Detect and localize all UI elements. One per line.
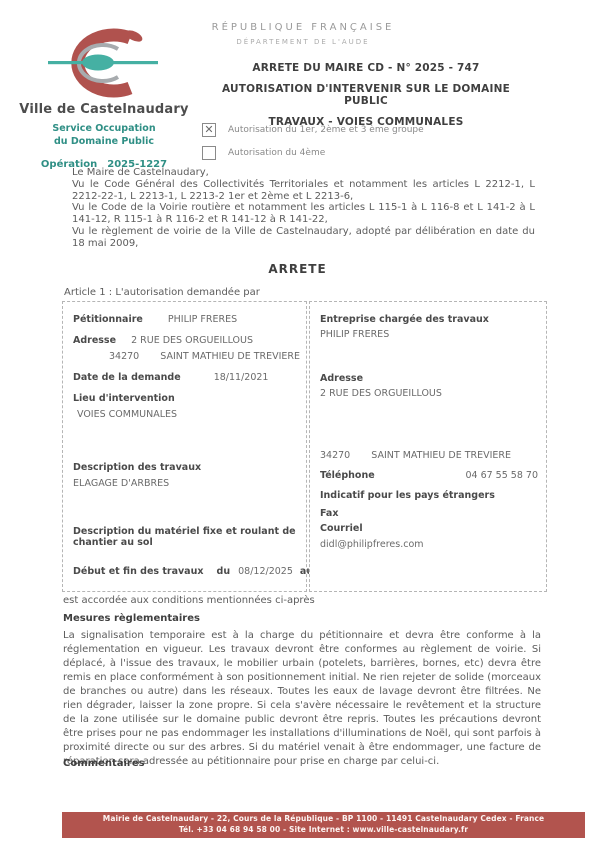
intl-label: Indicatif pour les pays étrangers <box>320 490 495 501</box>
location-label: Lieu d'intervention <box>73 393 175 404</box>
preamble-line-2: Vu le Code Général des Collectivités Ter… <box>72 179 535 203</box>
request-date-value: 18/11/2021 <box>214 372 269 383</box>
company-label: Entreprise chargée des travaux <box>320 314 489 325</box>
petitioner-name: PHILIP FRERES <box>168 314 237 325</box>
email-label-row: Courriel <box>320 523 538 534</box>
email-label: Courriel <box>320 523 363 534</box>
company-address-label: Adresse <box>320 373 363 384</box>
location-value-row: VOIES COMMUNALES <box>77 409 298 420</box>
email-value-row: didl@philipfreres.com <box>320 539 538 550</box>
petitioner-address-city-row: 34270 SAINT MATHIEU DE TREVIERE <box>109 351 298 362</box>
request-date-label: Date de la demande <box>73 372 181 383</box>
granted-conditions-text: est accordée aux conditions mentionnées … <box>63 595 315 606</box>
works-label: Description des travaux <box>73 462 201 473</box>
republique-francaise: RÉPUBLIQUE FRANÇAISE <box>203 22 403 33</box>
company-address-line1: 2 RUE DES ORGUEILLOUS <box>320 388 442 399</box>
fax-row: Fax <box>320 508 538 519</box>
preamble-line-1: Le Maire de Castelnaudary, <box>72 167 535 179</box>
works-value: ELAGAGE D'ARBRES <box>73 478 169 489</box>
checkbox-label-group4: Autorisation du 4ème <box>228 148 325 158</box>
petitioner-box: Pétitionnaire PHILIP FRERES Adresse 2 RU… <box>62 301 307 592</box>
email-value: didl@philipfreres.com <box>320 539 424 550</box>
period-label: Début et fin des travaux <box>73 566 203 577</box>
phone-row: Téléphone 04 67 55 58 70 <box>320 470 538 481</box>
checkbox-row-group4: Autorisation du 4ème <box>202 146 424 160</box>
mesures-heading: Mesures règlementaires <box>63 613 200 624</box>
city-name: Ville de Castelnaudary <box>8 102 200 117</box>
checkbox-label-group123: Autorisation du 1er, 2ème et 3 ème group… <box>228 125 424 135</box>
location-value: VOIES COMMUNALES <box>77 409 177 420</box>
departement-aude: DÉPARTEMENT DE L'AUDE <box>203 38 403 46</box>
checkbox-checked-icon: ✕ <box>202 123 216 137</box>
company-address-line1-row: 2 RUE DES ORGUEILLOUS <box>320 388 538 399</box>
service-name: Service Occupation du Domaine Public <box>8 123 200 149</box>
material-label-row: Description du matériel fixe et roulant … <box>73 526 298 548</box>
petitioner-address-line1: 2 RUE DES ORGUEILLOUS <box>131 335 253 346</box>
footer-band: Mairie de Castelnaudary - 22, Cours de l… <box>62 812 585 838</box>
city-branding: Ville de Castelnaudary Service Occupatio… <box>8 26 200 170</box>
phone-label: Téléphone <box>320 470 375 481</box>
mesures-body: La signalisation temporaire est à la cha… <box>63 629 541 769</box>
autorisation-subtitle: AUTORISATION D'INTERVENIR SUR LE DOMAINE… <box>213 83 519 107</box>
petitioner-zip: 34270 <box>109 351 139 362</box>
service-line2: du Domaine Public <box>8 136 200 149</box>
works-value-row: ELAGAGE D'ARBRES <box>73 478 298 489</box>
footer-contact: Tél. +33 04 68 94 58 00 - Site Internet … <box>62 825 585 836</box>
company-address-city-row: 34270 SAINT MATHIEU DE TREVIERE <box>320 450 538 461</box>
company-label-row: Entreprise chargée des travaux <box>320 314 538 325</box>
company-address-label-row: Adresse <box>320 373 538 384</box>
material-label: Description du matériel fixe et roulant … <box>73 526 296 548</box>
phone-value: 04 67 55 58 70 <box>465 470 538 481</box>
petitioner-label: Pétitionnaire <box>73 314 143 325</box>
petitioner-row: Pétitionnaire PHILIP FRERES <box>73 314 298 325</box>
location-label-row: Lieu d'intervention <box>73 393 298 404</box>
preamble-line-3: Vu le Code de la Voirie routière et nota… <box>72 202 535 226</box>
period-du: du <box>217 566 231 577</box>
company-name-row: PHILIP FRERES <box>320 329 538 340</box>
company-zip: 34270 <box>320 450 350 461</box>
company-city: SAINT MATHIEU DE TREVIERE <box>371 450 511 461</box>
arrete-title: ARRETE DU MAIRE CD - N° 2025 - 747 <box>213 62 519 74</box>
service-line1: Service Occupation <box>8 123 200 136</box>
document-page: Ville de Castelnaudary Service Occupatio… <box>0 0 595 842</box>
article1-intro: Article 1 : L'autorisation demandée par <box>64 287 260 298</box>
checkbox-row-group123: ✕ Autorisation du 1er, 2ème et 3 ème gro… <box>202 123 424 137</box>
preamble-line-4: Vu le règlement de voirie de la Ville de… <box>72 226 535 250</box>
footer-address: Mairie de Castelnaudary - 22, Cours de l… <box>62 814 585 825</box>
petitioner-address-row: Adresse 2 RUE DES ORGUEILLOUS <box>73 335 298 346</box>
checkbox-unchecked-icon <box>202 146 216 160</box>
petitioner-city: SAINT MATHIEU DE TREVIERE <box>160 351 300 362</box>
company-box: Entreprise chargée des travaux PHILIP FR… <box>309 301 547 592</box>
period-row: Début et fin des travaux du 08/12/2025 a… <box>73 566 298 577</box>
authorization-checkboxes: ✕ Autorisation du 1er, 2ème et 3 ème gro… <box>202 123 424 169</box>
castelnaudary-logo-icon <box>48 26 160 100</box>
commentaires-heading: Commentaires <box>63 758 145 769</box>
company-name: PHILIP FRERES <box>320 329 389 340</box>
preamble: Le Maire de Castelnaudary, Vu le Code Gé… <box>72 167 535 250</box>
petitioner-address-label: Adresse <box>73 335 116 346</box>
fax-label: Fax <box>320 508 338 519</box>
works-label-row: Description des travaux <box>73 462 298 473</box>
arrete-heading: ARRETE <box>0 262 595 276</box>
period-start-date: 08/12/2025 <box>238 566 293 577</box>
republique-header: RÉPUBLIQUE FRANÇAISE DÉPARTEMENT DE L'AU… <box>203 22 403 46</box>
request-date-row: Date de la demande 18/11/2021 <box>73 372 298 383</box>
intl-row: Indicatif pour les pays étrangers <box>320 490 538 501</box>
